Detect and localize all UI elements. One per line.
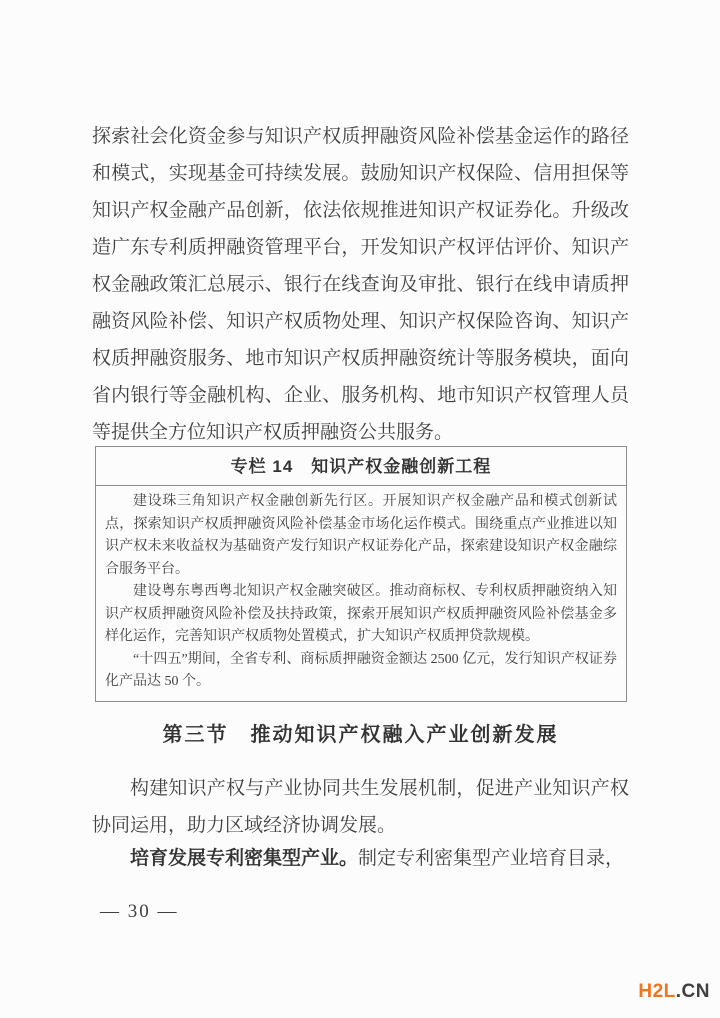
page-number: — 30 — (100, 901, 179, 923)
watermark: H2L.CN (638, 981, 710, 1003)
feature-box-body: 建设珠三角知识产权金融创新先行区。开展知识产权金融产品和模式创新试点，探索知识产… (96, 486, 626, 701)
document-page: 探索社会化资金参与知识产权质押融资风险补偿基金运作的路径和模式，实现基金可持续发… (0, 0, 720, 1018)
body-paragraph-3-rest: 制定专利密集型产业培育目录， (358, 848, 624, 869)
feature-box-paragraph: 建设粤东粤西粤北知识产权金融突破区。推动商标权、专利权质押融资纳入知识产权质押融… (105, 581, 617, 649)
feature-box-column-14: 专栏 14 知识产权金融创新工程 建设珠三角知识产权金融创新先行区。开展知识产权… (95, 446, 627, 702)
body-paragraph-1: 探索社会化资金参与知识产权质押融资风险补偿基金运作的路径和模式，实现基金可持续发… (92, 118, 629, 451)
body-paragraph-3-lead: 培育发展专利密集型产业。 (130, 848, 358, 869)
feature-box-paragraph: “十四五”期间，全省专利、商标质押融资金额达 2500 亿元，发行知识产权证券化… (105, 649, 617, 694)
section-heading: 第三节 推动知识产权融入产业创新发展 (92, 718, 629, 747)
body-paragraph-3: 培育发展专利密集型产业。制定专利密集型产业培育目录， (92, 840, 629, 877)
watermark-secondary: .CN (676, 981, 710, 1002)
body-paragraph-2: 构建知识产权与产业协同共生发展机制，促进产业知识产权协同运用，助力区域经济协调发… (92, 770, 629, 844)
feature-box-title: 专栏 14 知识产权金融创新工程 (96, 447, 626, 486)
feature-box-paragraph: 建设珠三角知识产权金融创新先行区。开展知识产权金融产品和模式创新试点，探索知识产… (105, 491, 617, 581)
watermark-primary: H2L (638, 981, 675, 1002)
